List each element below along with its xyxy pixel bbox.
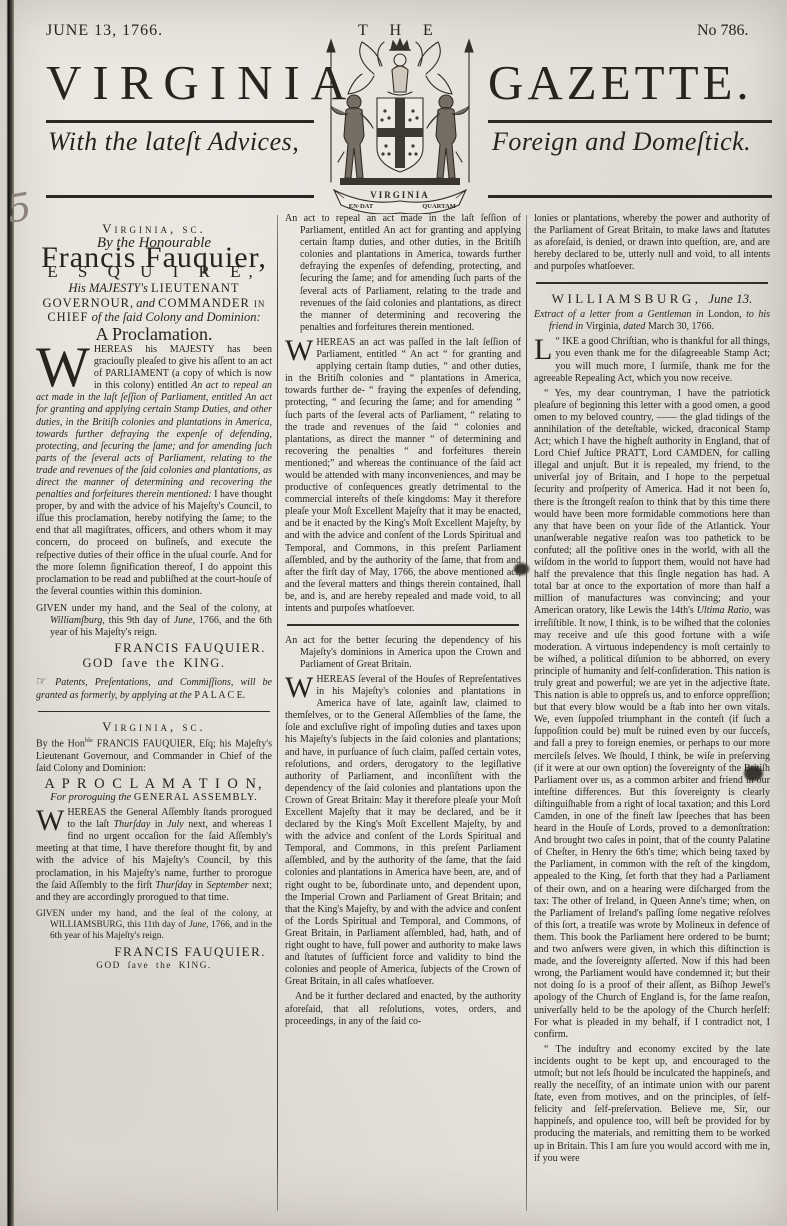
masthead-date: JUNE 13, 1766. [46,22,163,40]
section-heading-virginia-2: Virginia, ſc. [36,721,272,733]
column-2: An act to repeal an act made in the laſt… [285,213,521,1211]
section-rule [38,711,270,713]
drop-cap: W [285,337,316,362]
palace-notice: ☞ Patents, Preſentations, and Commiſſion… [36,675,272,701]
god-save-king: GOD ſave the KING. [36,657,272,669]
motto-quartam: QUARTAM [422,203,456,210]
god-save-king-2: GOD ſave the KING. [36,961,272,972]
further-declared-text: And be it further declared and enacted, … [285,991,521,1027]
byline-fauquier: By the Honble FRANCIS FAUQUIER, Eſq; his… [36,735,272,775]
given-clause-2: GIVEN under my hand, and the ſeal of the… [36,909,272,943]
letter-body: “ Yes, my dear countryman, I have the pa… [534,388,770,1041]
governor-titles: His MAJESTY's LIEUTENANT GOVERNOUR, and … [36,281,272,325]
column-3: lonies or plantations, whereby the power… [534,213,770,1211]
prorogue-text: WHEREAS the General Aſſembly ſtands pror… [36,807,272,904]
signature-fauquier-2: FRANCIS FAUQUIER. [36,946,272,958]
motto-virginia: VIRGINIA [370,190,430,200]
act-title-repeal: An act to repeal an act made in the laſt… [285,213,521,334]
proroguing-subheading: For proroguing the GENERAL ASSEMBLY. [36,792,272,804]
williamsburg-dateline: WILLIAMSBURG, June 13. [534,293,770,305]
section-rule [536,282,768,284]
column-divider [277,215,278,1211]
newspaper-page: 5 JUNE 13, 1766. T H E No 786. VIRGINIA … [0,0,787,1226]
esquire-line: E S Q U I R E, [36,266,272,278]
issue-number: No 786. [697,22,749,40]
drop-cap: L [534,336,555,361]
coat-of-arms: VIRGINIA EN·DAT QUARTAM [318,36,482,214]
repeal-act-text: WHEREAS an act was paſſed in the laſt ſe… [285,337,521,615]
binding-edge [6,0,14,1226]
letter-opening: “ LIKE a good Chriſtian, who is thankful… [534,336,770,384]
given-clause: GIVEN under my hand, and the Seal of the… [36,603,272,639]
newspaper-title-left: VIRGINIA [46,54,357,111]
masthead-rule [46,120,314,123]
act-title-dependency: An act for the better ſecuring the depen… [285,635,521,671]
letter-extract-heading: Extract of a letter from a Gentleman in … [534,309,770,333]
motto-en-dat: EN·DAT [349,203,374,210]
newspaper-title-right: GAZETTE. [488,54,753,111]
masthead-rule [488,120,772,123]
masthead-rule [488,195,772,198]
section-heading-virginia: Virginia, ſc. [36,223,272,235]
letter-closing: “ The induſtry and economy excited by th… [534,1044,770,1165]
section-rule [287,624,519,626]
drop-cap: W [36,807,67,832]
tagline-left: With the lateſt Advices, [48,127,299,157]
drop-cap: W [36,344,94,389]
column-divider [526,215,527,1211]
signature-fauquier: FRANCIS FAUQUIER. [36,642,272,654]
column-1: Virginia, ſc.By the HonourableFrancis Fa… [36,213,272,1211]
proclamation-heading-2: A P R O C L A M A T I O N, [36,778,272,790]
article-columns: Virginia, ſc.By the HonourableFrancis Fa… [36,213,770,1211]
null-and-void-text: lonies or plantations, whereby the power… [534,213,770,273]
tagline-right: Foreign and Domeſtick. [492,127,751,157]
proclamation-text: WHEREAS his MAJESTY has been graciouſly … [36,344,272,598]
declaratory-act-text: WHEREAS ſeveral of the Houſes of Repreſe… [285,674,521,988]
masthead-rule [46,195,314,198]
drop-cap: W [285,674,316,699]
